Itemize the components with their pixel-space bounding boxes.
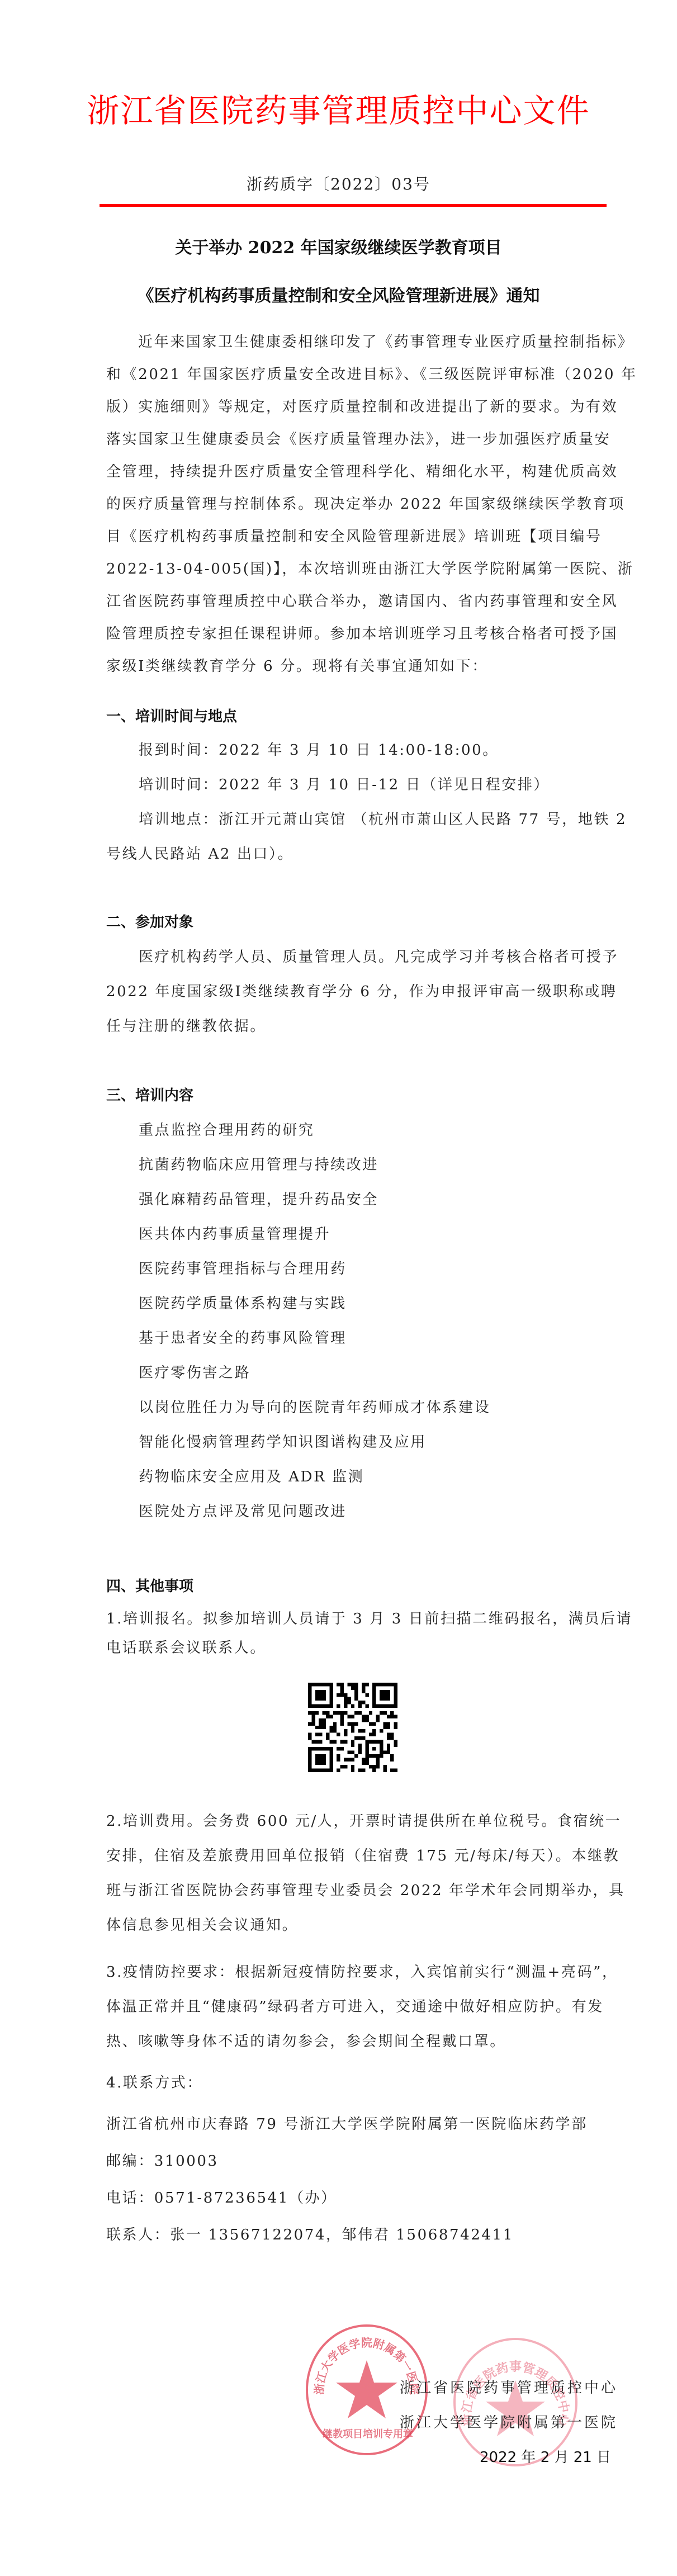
fee-note-line: 2.培训费用。会务费 600 元/人，开票时请提供所在单位税号。食宿统一 (106, 1810, 621, 1832)
contact-address: 浙江省杭州市庆春路 79 号浙江大学医学院附属第一医院临床药学部 (106, 2113, 588, 2135)
section4-heading: 四、其他事项 (106, 1575, 193, 1598)
training-topic: 强化麻精药品管理，提升药品安全 (139, 1188, 378, 1211)
document-page: 浙江省医院药事管理质控中心文件 浙药质字〔2022〕03号 关于举办 2022 … (0, 0, 677, 2576)
intro-line: 2022-13-04-005(国)】，本次培训班由浙江大学医学院附属第一医院、浙 (106, 553, 565, 585)
intro-line: 和《2021 年国家医疗质量安全改进目标》、《三级医院评审标准（2020 年 (106, 358, 565, 391)
section2-heading: 二、参加对象 (106, 911, 193, 934)
training-location-line1: 培训地点：浙江开元萧山宾馆 （杭州市萧山区人民路 77 号，地铁 2 (139, 808, 627, 831)
intro-line: 落实国家卫生健康委员会《医疗质量管理办法》，进一步加强医疗质量安 (106, 423, 565, 456)
intro-line: 江省医院药事管理质控中心联合举办，邀请国内、省内药事管理和安全风 (106, 585, 565, 618)
training-topic: 医院处方点评及常见问题改进 (139, 1500, 347, 1523)
qr-code-icon (308, 1683, 397, 1772)
intro-line: 险管理质控专家担任课程讲师。参加本培训班学习且考核合格者可授予国 (106, 618, 565, 650)
training-topic: 以岗位胜任力为导向的医院青年药师成才体系建设 (139, 1396, 490, 1419)
contact-heading: 4.联系方式： (106, 2072, 203, 2094)
training-topic: 医共体内药事质量管理提升 (139, 1223, 330, 1246)
document-number: 浙药质字〔2022〕03号 (0, 173, 677, 196)
intro-line: 家级Ⅰ类继续教育学分 6 分。现将有关事宜通知如下： (106, 650, 565, 683)
intro-line: 目《医疗机构药事质量控制和安全风险管理新进展》培训班【项目编号 (106, 520, 565, 553)
training-topic: 智能化慢病管理药学知识图谱构建及应用 (139, 1431, 427, 1453)
signature-org2: 浙江大学医学院附属第一医院 (400, 2412, 618, 2434)
signature-org1: 浙江省医院药事管理质控中心 (400, 2377, 618, 2399)
training-topic: 药物临床安全应用及 ADR 监测 (139, 1466, 364, 1488)
training-topic: 医院药事管理指标与合理用药 (139, 1258, 347, 1280)
section3-heading: 三、培训内容 (106, 1085, 193, 1107)
intro-paragraph: 近年来国家卫生健康委相继印发了《药事管理专业医疗质量控制指标》 和《2021 年… (106, 326, 565, 683)
intro-line: 版）实施细则》等规定，对医疗质量控制和改进提出了新的要求。为有效 (106, 391, 565, 423)
training-topic: 医疗零伤害之路 (139, 1362, 250, 1384)
signature-date: 2022 年 2 月 21 日 (480, 2446, 611, 2469)
notice-title-line1: 关于举办 2022 年国家级继续医学教育项目 (0, 237, 677, 259)
training-topic: 重点监控合理用药的研究 (139, 1119, 315, 1142)
registration-time: 报到时间：2022 年 3 月 10 日 14:00-18:00。 (139, 739, 499, 761)
document-header-title: 浙江省医院药事管理质控中心文件 (0, 91, 677, 131)
participants-line: 医疗机构药学人员、质量管理人员。凡完成学习并考核合格者可授予 (139, 946, 618, 968)
section1-heading: 一、培训时间与地点 (106, 705, 237, 728)
fee-note-line: 体信息参见相关会议通知。 (106, 1914, 298, 1936)
training-topic: 抗菌药物临床应用管理与持续改进 (139, 1154, 378, 1176)
participants-line: 任与注册的继教依据。 (106, 1015, 266, 1038)
notice-title-line2: 《医疗机构药事质量控制和安全风险管理新进展》通知 (0, 285, 677, 307)
intro-line: 的医疗质量管理与控制体系。现决定举办 2022 年国家级继续医学教育项 (106, 488, 565, 520)
training-location-line2: 号线人民路站 A2 出口）。 (106, 843, 293, 865)
training-topic: 医院药学质量体系构建与实践 (139, 1292, 347, 1315)
contact-postcode: 邮编：310003 (106, 2150, 219, 2172)
covid-note-line: 体温正常并且“健康码”绿码者方可进入，交通途中做好相应防护。有发 (106, 1996, 604, 2018)
intro-line: 全管理，持续提升医疗质量安全管理科学化、精细化水平，构建优质高效 (106, 456, 565, 488)
contact-persons: 联系人：张一 13567122074，邹伟君 15068742411 (106, 2224, 514, 2246)
star-icon: 浙江省医院药事管理质控中心 (456, 2340, 575, 2464)
intro-line: 近年来国家卫生健康委相继印发了《药事管理专业医疗质量控制指标》 (106, 326, 565, 358)
contact-phone: 电话：0571-87236541（办） (106, 2187, 337, 2209)
fee-note-line: 安排，住宿及差旅费用回单位报销（住宿费 175 元/每床/每天）。本继教 (106, 1845, 619, 1867)
participants-line: 2022 年度国家级Ⅰ类继续教育学分 6 分，作为申报评审高一级职称或聘 (106, 981, 617, 1003)
training-topic: 基于患者安全的药事风险管理 (139, 1327, 347, 1349)
training-time: 培训时间：2022 年 3 月 10 日-12 日（详见日程安排） (139, 774, 550, 796)
covid-note-line: 热、咳嗽等身体不适的请勿参会，参会期间全程戴口罩。 (106, 2030, 506, 2053)
covid-note-line: 3.疫情防控要求：根据新冠疫情防控要求，入宾馆前实行“测温+亮码”， (106, 1961, 618, 1983)
registration-note-line: 1.培训报名。拟参加培训人员请于 3 月 3 日前扫描二维码报名，满员后请 (106, 1608, 632, 1630)
registration-qr-code[interactable] (308, 1683, 397, 1772)
header-red-divider (100, 204, 607, 207)
registration-note-line: 电话联系会议联系人。 (106, 1637, 266, 1659)
fee-note-line: 班与浙江省医院协会药事管理专业委员会 2022 年学术年会同期举办，具 (106, 1879, 625, 1902)
